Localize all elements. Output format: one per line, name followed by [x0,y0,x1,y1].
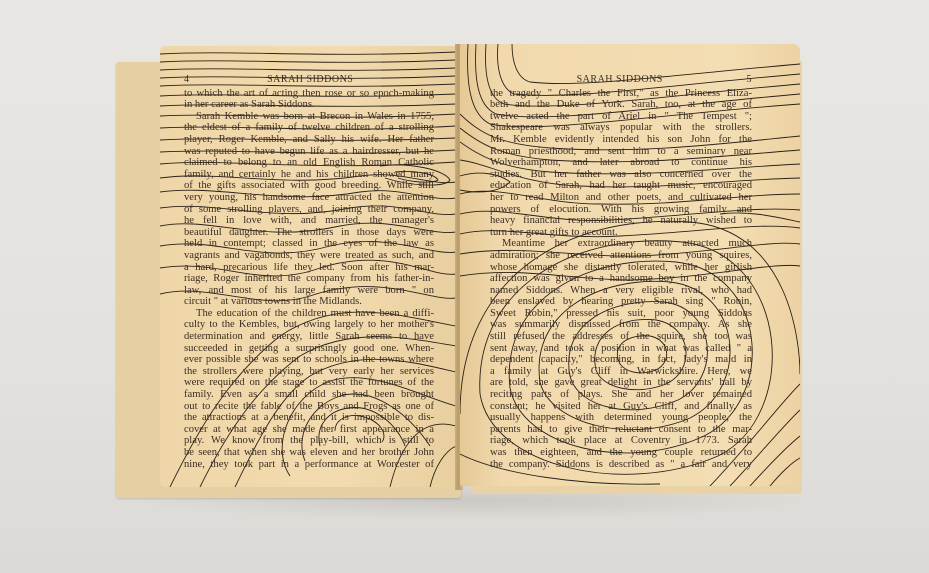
text-line: a hard, precarious life they led. Soon a… [184,262,434,274]
text-line: Sarah Kemble was born at Brecon in Wales… [184,111,434,123]
right-page-text: SARAH SIDDONS 5 the tragedy " Charles th… [490,74,752,470]
text-line: whose homage she distantly tolerated, wh… [490,262,752,274]
text-line: Shakespeare was always popular with the … [490,122,752,134]
text-line: powers of elocution. With his growing fa… [490,204,752,216]
text-line: player, Roger Kemble, and Sally his wife… [184,134,434,146]
text-line: parents had to give their reluctant cons… [490,424,752,436]
text-line: culty to the Kembles, but, owing largely… [184,319,434,331]
text-line: affection was given to a handsome boy in… [490,273,752,285]
text-line: determination and energy, little Sarah s… [184,331,434,343]
text-line: Wolverhampton, and later abroad to conti… [490,157,752,169]
text-line: her to read Milton and other poets, and … [490,192,752,204]
text-line: circuit " at various towns in the Midlan… [184,296,434,308]
text-line: heavy financial responsibilities, he nat… [490,215,752,227]
text-line: held in contempt; classed in the eyes of… [184,238,434,250]
text-line: education of Sarah, had her taught music… [490,180,752,192]
text-line: to which the art of acting then rose or … [184,88,434,100]
text-line: nine, they took part in a performance at… [184,459,434,471]
text-line: beautiful daughter. The strollers in tho… [184,227,434,239]
text-line: dependent capacity," becoming, in fact, … [490,354,752,366]
text-line: Sweet Robin," pressed his suit, poor you… [490,308,752,320]
text-line: the company. Siddons is described as " a… [490,459,752,471]
text-line: named Siddons. When a very eligible riva… [490,285,752,297]
left-page-text: 4 SARAH SIDDONS to which the art of acti… [184,74,434,470]
running-head-right: SARAH SIDDONS 5 [490,74,752,86]
text-line: constant; he visited her at Guy's Cliff,… [490,401,752,413]
text-line: admiration; she received attentions from… [490,250,752,262]
running-head-title: SARAH SIDDONS [577,74,663,86]
text-line: of the gifts associated with good breedi… [184,180,434,192]
text-line: the strollers were playing, but very ear… [184,366,434,378]
text-line: are told, she gave great delight in the … [490,377,752,389]
text-line: studies. But her father was also concern… [490,169,752,181]
text-line: been enslaved by hearing pretty Sarah si… [490,296,752,308]
page-number: 5 [747,74,753,86]
text-line: he fell in love with, and married, the m… [184,215,434,227]
text-line: was then eighteen, and the young couple … [490,447,752,459]
text-line: the attractions at a benefit, and it is … [184,412,434,424]
page-number: 4 [184,74,190,86]
running-head-title: SARAH SIDDONS [267,74,353,86]
text-line: turn her great gifts to account. [490,227,752,239]
text-line: Mr. Kemble evidently intended his son Jo… [490,134,752,146]
text-line: ever possible she was sent to schools in… [184,354,434,366]
text-line: Roman priesthood, and sent him to a semi… [490,146,752,158]
text-line: reciting parts of plays. She and her lov… [490,389,752,401]
text-line: was reputed to have begun life as a hair… [184,146,434,158]
text-line: of some strolling players, and, joining … [184,204,434,216]
text-line: succeeded in getting a surprisingly good… [184,343,434,355]
text-line: was summarily dismissed from the company… [490,319,752,331]
text-line: play. We know from the play-bill, which … [184,435,434,447]
text-line: very young, his handsome face attracted … [184,192,434,204]
text-line: claimed to belong to an old English Roma… [184,157,434,169]
text-line: the eldest of a family of twelve childre… [184,122,434,134]
text-line: out to recite the fable of the Boys and … [184,401,434,413]
text-line: riage, which took place at Coventry in 1… [490,435,752,447]
text-line: riage, Roger inherited the company from … [184,273,434,285]
text-line: in her career as Sarah Siddons. [184,99,434,111]
text-line: be seen, that when she was eleven and he… [184,447,434,459]
right-page: SARAH SIDDONS 5 the tragedy " Charles th… [460,44,800,486]
text-line: beth and the Duke of York. Sarah, too, a… [490,99,752,111]
text-line: The education of the children must have … [184,308,434,320]
text-line: still refused the addresses of the squir… [490,331,752,343]
text-line: the tragedy " Charles the First," as the… [490,88,752,100]
text-line: family, and certainly he and his childre… [184,169,434,181]
text-line: twelve acted the part of Ariel in " The … [490,111,752,123]
text-line: cover at what age she made her first app… [184,424,434,436]
text-line: law, and most of his large family were b… [184,285,434,297]
text-line: usually happens with determined young pe… [490,412,752,424]
text-line: vagrants and vagabonds, they were treate… [184,250,434,262]
left-page: 4 SARAH SIDDONS to which the art of acti… [160,46,456,487]
text-line: Meantime her extraordinary beauty attrac… [490,238,752,250]
running-head-left: 4 SARAH SIDDONS [184,74,434,86]
text-line: sent away, and took a position in what w… [490,343,752,355]
text-line: were required on the stage to assist the… [184,377,434,389]
text-line: family. Even as a small child she had be… [184,389,434,401]
text-line: a family at Guy's Cliff in Warwickshire.… [490,366,752,378]
